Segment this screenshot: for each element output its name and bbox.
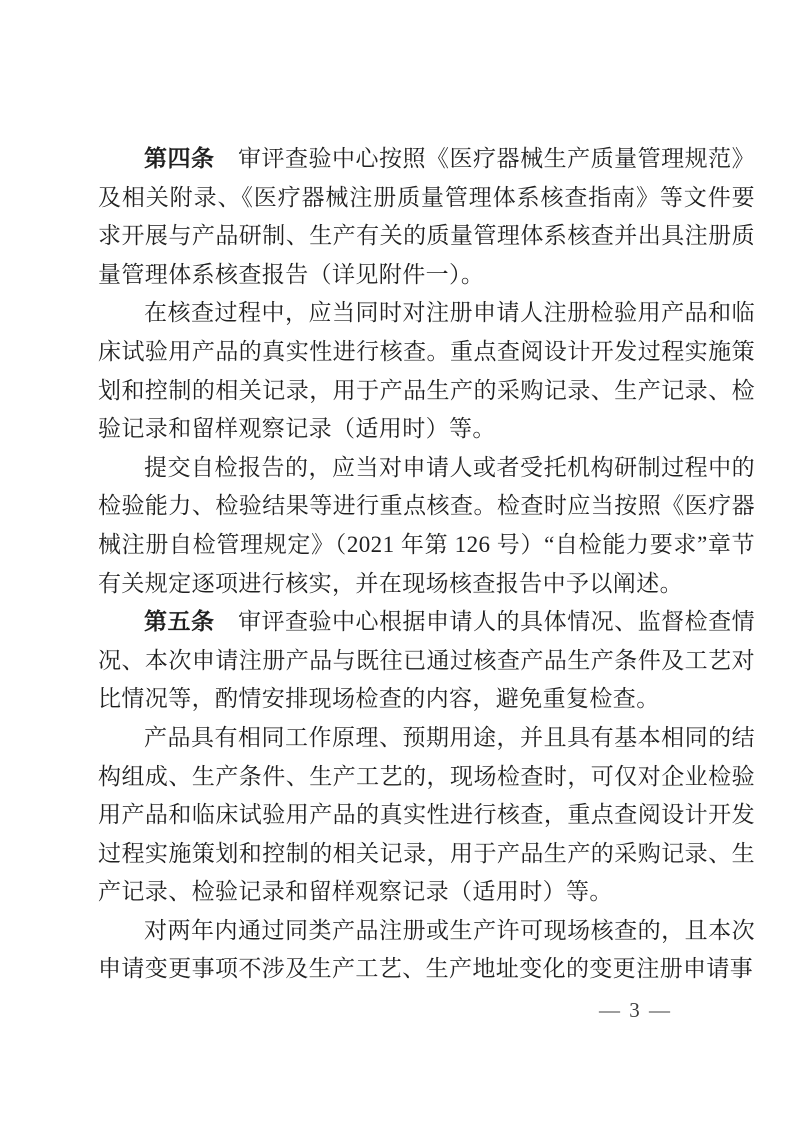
paragraph-text: 对两年内通过同类产品注册或生产许可现场核查的，且本次申请变更事项不涉及生产工艺、… bbox=[98, 918, 755, 982]
paragraph-text: 提交自检报告的，应当对申请人或者受托机构研制过程中的检验能力、检验结果等进行重点… bbox=[98, 455, 755, 596]
paragraph-article-5: 第五条 审评查验中心根据申请人的具体情况、监督检查情况、本次申请注册产品与既往已… bbox=[98, 603, 755, 719]
body-text: 第四条 审评查验中心按照《医疗器械生产质量管理规范》及相关附录、《医疗器械注册质… bbox=[98, 140, 755, 989]
article-number-label: 第五条 bbox=[144, 609, 215, 634]
paragraph-text: 产品具有相同工作原理、预期用途，并且具有基本相同的结构组成、生产条件、生产工艺的… bbox=[98, 725, 755, 904]
page-number: — 3 — bbox=[599, 998, 672, 1022]
paragraph-article-4: 第四条 审评查验中心按照《医疗器械生产质量管理规范》及相关附录、《医疗器械注册质… bbox=[98, 140, 755, 294]
paragraph-text: 在核查过程中，应当同时对注册申请人注册检验用产品和临床试验用产品的真实性进行核查… bbox=[98, 300, 755, 441]
paragraph: 产品具有相同工作原理、预期用途，并且具有基本相同的结构组成、生产条件、生产工艺的… bbox=[98, 719, 755, 912]
document-page: 第四条 审评查验中心按照《医疗器械生产质量管理规范》及相关附录、《医疗器械注册质… bbox=[0, 0, 793, 1122]
paragraph: 对两年内通过同类产品注册或生产许可现场核查的，且本次申请变更事项不涉及生产工艺、… bbox=[98, 912, 755, 989]
paragraph: 在核查过程中，应当同时对注册申请人注册检验用产品和临床试验用产品的真实性进行核查… bbox=[98, 294, 755, 448]
paragraph: 提交自检报告的，应当对申请人或者受托机构研制过程中的检验能力、检验结果等进行重点… bbox=[98, 449, 755, 603]
article-number-label: 第四条 bbox=[144, 146, 215, 171]
